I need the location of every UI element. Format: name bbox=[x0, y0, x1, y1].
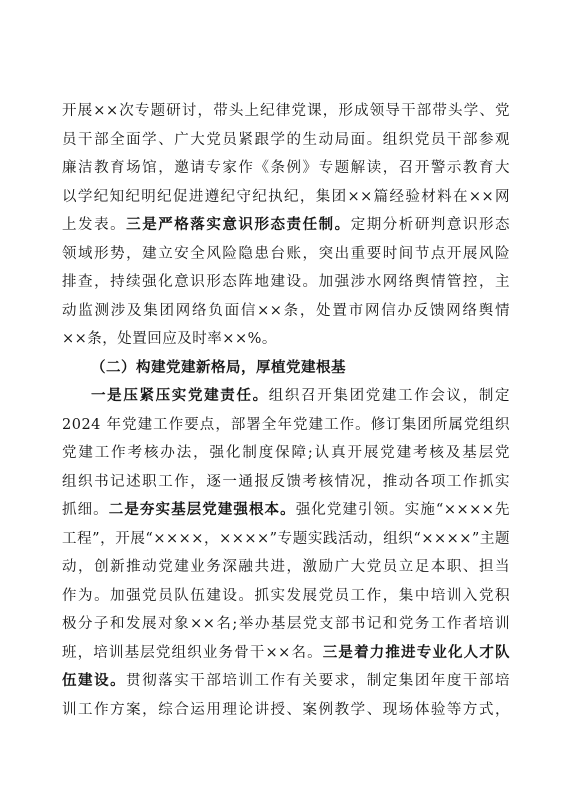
text-line: 作为。加强党员队伍建设。抓实发展党员工作，集中培训入党积 bbox=[62, 582, 510, 611]
text-segment: 党建工作考核办法，强化制度保障;认真开展党建考核及基层党 bbox=[62, 445, 510, 461]
text-segment: 员干部全面学、广大党员紧跟学的生动局面。组织党员干部参观 bbox=[62, 132, 510, 148]
text-line: 班，培训基层党组织业务骨干××名。三是着力推进专业化人才队 bbox=[62, 639, 510, 668]
text-segment: 上发表。 bbox=[62, 217, 126, 233]
text-line: 领域形势，建立安全风险隐患台账，突出重要时间节点开展风险 bbox=[62, 240, 510, 269]
text-segment: 开展××次专题研讨，带头上纪律党课，形成领导干部带头学、党 bbox=[62, 103, 510, 119]
text-line: 开展××次专题研讨，带头上纪律党课，形成领导干部带头学、党 bbox=[62, 97, 510, 126]
text-segment: 组织书记述职工作，逐一通报反馈考核情况，推动各项工作抓实 bbox=[62, 474, 510, 490]
text-segment: 极分子和发展对象××名;举办基层党支部书记和党务工作者培训 bbox=[62, 616, 510, 632]
text-line: 极分子和发展对象××名;举办基层党支部书记和党务工作者培训 bbox=[62, 610, 510, 639]
text-segment: 二是夯实基层党建强根本。 bbox=[109, 501, 296, 518]
text-line: 员干部全面学、广大党员紧跟学的生动局面。组织党员干部参观 bbox=[62, 126, 510, 155]
text-segment: 廉洁教育场馆，邀请专家作《条例》专题解读，召开警示教育大会， bbox=[62, 160, 510, 183]
text-segment: 领域形势，建立安全风险隐患台账，突出重要时间节点开展风险 bbox=[62, 246, 510, 262]
text-line: 廉洁教育场馆，邀请专家作《条例》专题解读，召开警示教育大会， bbox=[62, 154, 510, 183]
text-segment: 一是压紧压实党建责任。 bbox=[91, 387, 269, 404]
text-segment: 三是严格落实意识形态责任制。 bbox=[126, 216, 351, 233]
text-line: 抓细。二是夯实基层党建强根本。强化党建引领。实施“××××先锋 bbox=[62, 496, 510, 525]
text-segment: 班，培训基层党组织业务骨干××名。 bbox=[62, 645, 323, 661]
text-line: 组织书记述职工作，逐一通报反馈考核情况，推动各项工作抓实 bbox=[62, 468, 510, 497]
section-heading: （二）构建党建新格局，厚植党建根基 bbox=[62, 354, 510, 383]
text-line: 工程”，开展“××××，××××”专题实践活动，组织“××××”主题党日活 bbox=[62, 525, 510, 554]
text-segment: 以学纪知纪明纪促进遵纪守纪执纪，集团××篇经验材料在××网 bbox=[62, 189, 510, 205]
document-page: 开展××次专题研讨，带头上纪律党课，形成领导干部带头学、党员干部全面学、广大党员… bbox=[0, 0, 570, 807]
text-segment: 伍建设。 bbox=[62, 672, 126, 689]
text-segment: 组织召开集团党建工作会议，制定 bbox=[269, 388, 510, 404]
text-segment: 作为。加强党员队伍建设。抓实发展党员工作，集中培训入党积 bbox=[62, 588, 510, 604]
text-line: 动监测涉及集团网络负面信××条，处置市网信办反馈网络舆情 bbox=[62, 297, 510, 326]
text-segment: 动，创新推动党建业务深融共进，激励广大党员立足本职、担当 bbox=[62, 559, 510, 575]
text-line: ××条，处置回应及时率××%。 bbox=[62, 325, 510, 354]
text-segment: 排查，持续强化意识形态阵地建设。加强涉水网络舆情管控，主 bbox=[62, 274, 510, 290]
text-segment: 2024 年党建工作要点，部署全年党建工作。修订集团所属党组织 bbox=[62, 417, 510, 433]
text-line: 训工作方案，综合运用理论讲授、案例教学、现场体验等方式， bbox=[62, 696, 510, 725]
text-segment: （二）构建党建新格局，厚植党建根基 bbox=[91, 359, 346, 376]
text-segment: 训工作方案，综合运用理论讲授、案例教学、现场体验等方式， bbox=[62, 702, 510, 718]
text-line: 伍建设。贯彻落实干部培训工作有关要求，制定集团年度干部培 bbox=[62, 667, 510, 696]
text-segment: ××条，处置回应及时率××%。 bbox=[62, 331, 277, 347]
text-line: 上发表。三是严格落实意识形态责任制。定期分析研判意识形态 bbox=[62, 211, 510, 240]
text-segment: 工程”，开展“××××，××××”专题实践活动，组织“××××”主题党日活 bbox=[62, 531, 510, 554]
text-segment: 动监测涉及集团网络负面信××条，处置市网信办反馈网络舆情 bbox=[62, 303, 510, 319]
text-line: 一是压紧压实党建责任。组织召开集团党建工作会议，制定 bbox=[62, 382, 510, 411]
text-segment: 抓细。 bbox=[62, 502, 109, 518]
text-segment: 定期分析研判意识形态 bbox=[351, 217, 510, 233]
text-line: 动，创新推动党建业务深融共进，激励广大党员立足本职、担当 bbox=[62, 553, 510, 582]
text-segment: 贯彻落实干部培训工作有关要求，制定集团年度干部培 bbox=[126, 673, 510, 689]
document-body: 开展××次专题研讨，带头上纪律党课，形成领导干部带头学、党员干部全面学、广大党员… bbox=[62, 97, 510, 724]
text-line: 党建工作考核办法，强化制度保障;认真开展党建考核及基层党 bbox=[62, 439, 510, 468]
text-line: 以学纪知纪明纪促进遵纪守纪执纪，集团××篇经验材料在××网 bbox=[62, 183, 510, 212]
text-segment: 三是着力推进专业化人才队 bbox=[323, 644, 510, 661]
text-line: 2024 年党建工作要点，部署全年党建工作。修订集团所属党组织 bbox=[62, 411, 510, 440]
text-line: 排查，持续强化意识形态阵地建设。加强涉水网络舆情管控，主 bbox=[62, 268, 510, 297]
